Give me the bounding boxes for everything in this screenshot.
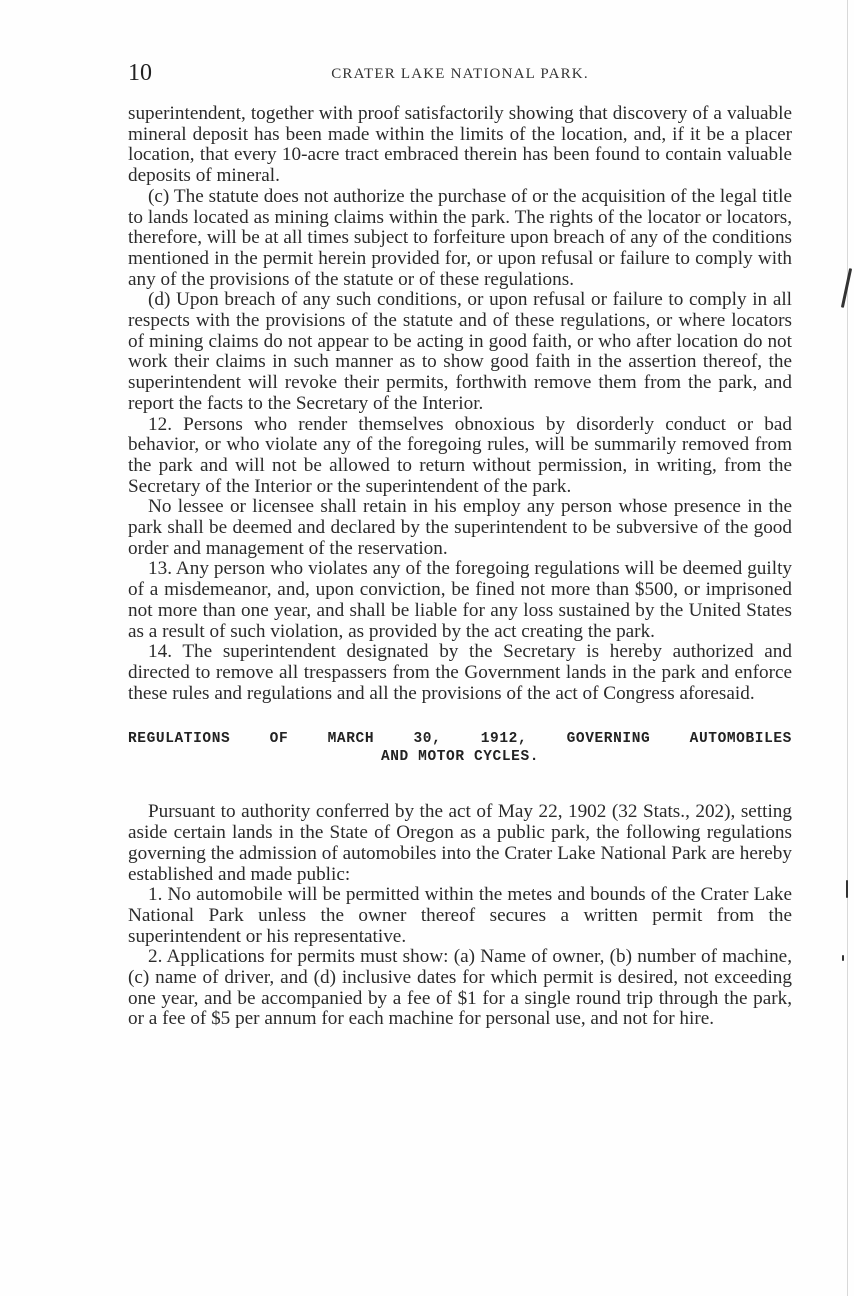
paragraph-lessee-employ: No lessee or licensee shall retain in hi… [128, 497, 792, 559]
running-header: 10 CRATER LAKE NATIONAL PARK. [128, 60, 792, 90]
section-heading-line-1: REGULATIONS OF MARCH 30, 1912, GOVERNING… [128, 730, 792, 748]
paragraph-1-permit-required: 1. No automobile will be permitted withi… [128, 885, 792, 947]
paragraph-2-applications: 2. Applications for permits must show: (… [128, 947, 792, 1030]
paragraph-d-breach: (d) Upon breach of any such conditions, … [128, 290, 792, 414]
paragraph-14-trespassers: 14. The superintendent designated by the… [128, 642, 792, 704]
page-edge-shadow [847, 0, 848, 1296]
paragraph-pursuant: Pursuant to authority conferred by the a… [128, 802, 792, 885]
margin-mark [846, 880, 848, 898]
paragraph-c-statute: (c) The statute does not authorize the p… [128, 187, 792, 291]
paragraph-13-penalty: 13. Any person who violates any of the f… [128, 559, 792, 642]
page-body: superintendent, together with proof sati… [128, 104, 792, 1030]
paragraph-mining-proof: superintendent, together with proof sati… [128, 104, 792, 187]
scanned-page: 10 CRATER LAKE NATIONAL PARK. superinten… [0, 0, 854, 1296]
section-heading-line-2: AND MOTOR CYCLES. [128, 748, 792, 766]
section-heading: REGULATIONS OF MARCH 30, 1912, GOVERNING… [128, 730, 792, 766]
margin-mark [842, 955, 844, 961]
paragraph-12-obnoxious-persons: 12. Persons who render themselves obnoxi… [128, 415, 792, 498]
running-title: CRATER LAKE NATIONAL PARK. [128, 66, 792, 83]
